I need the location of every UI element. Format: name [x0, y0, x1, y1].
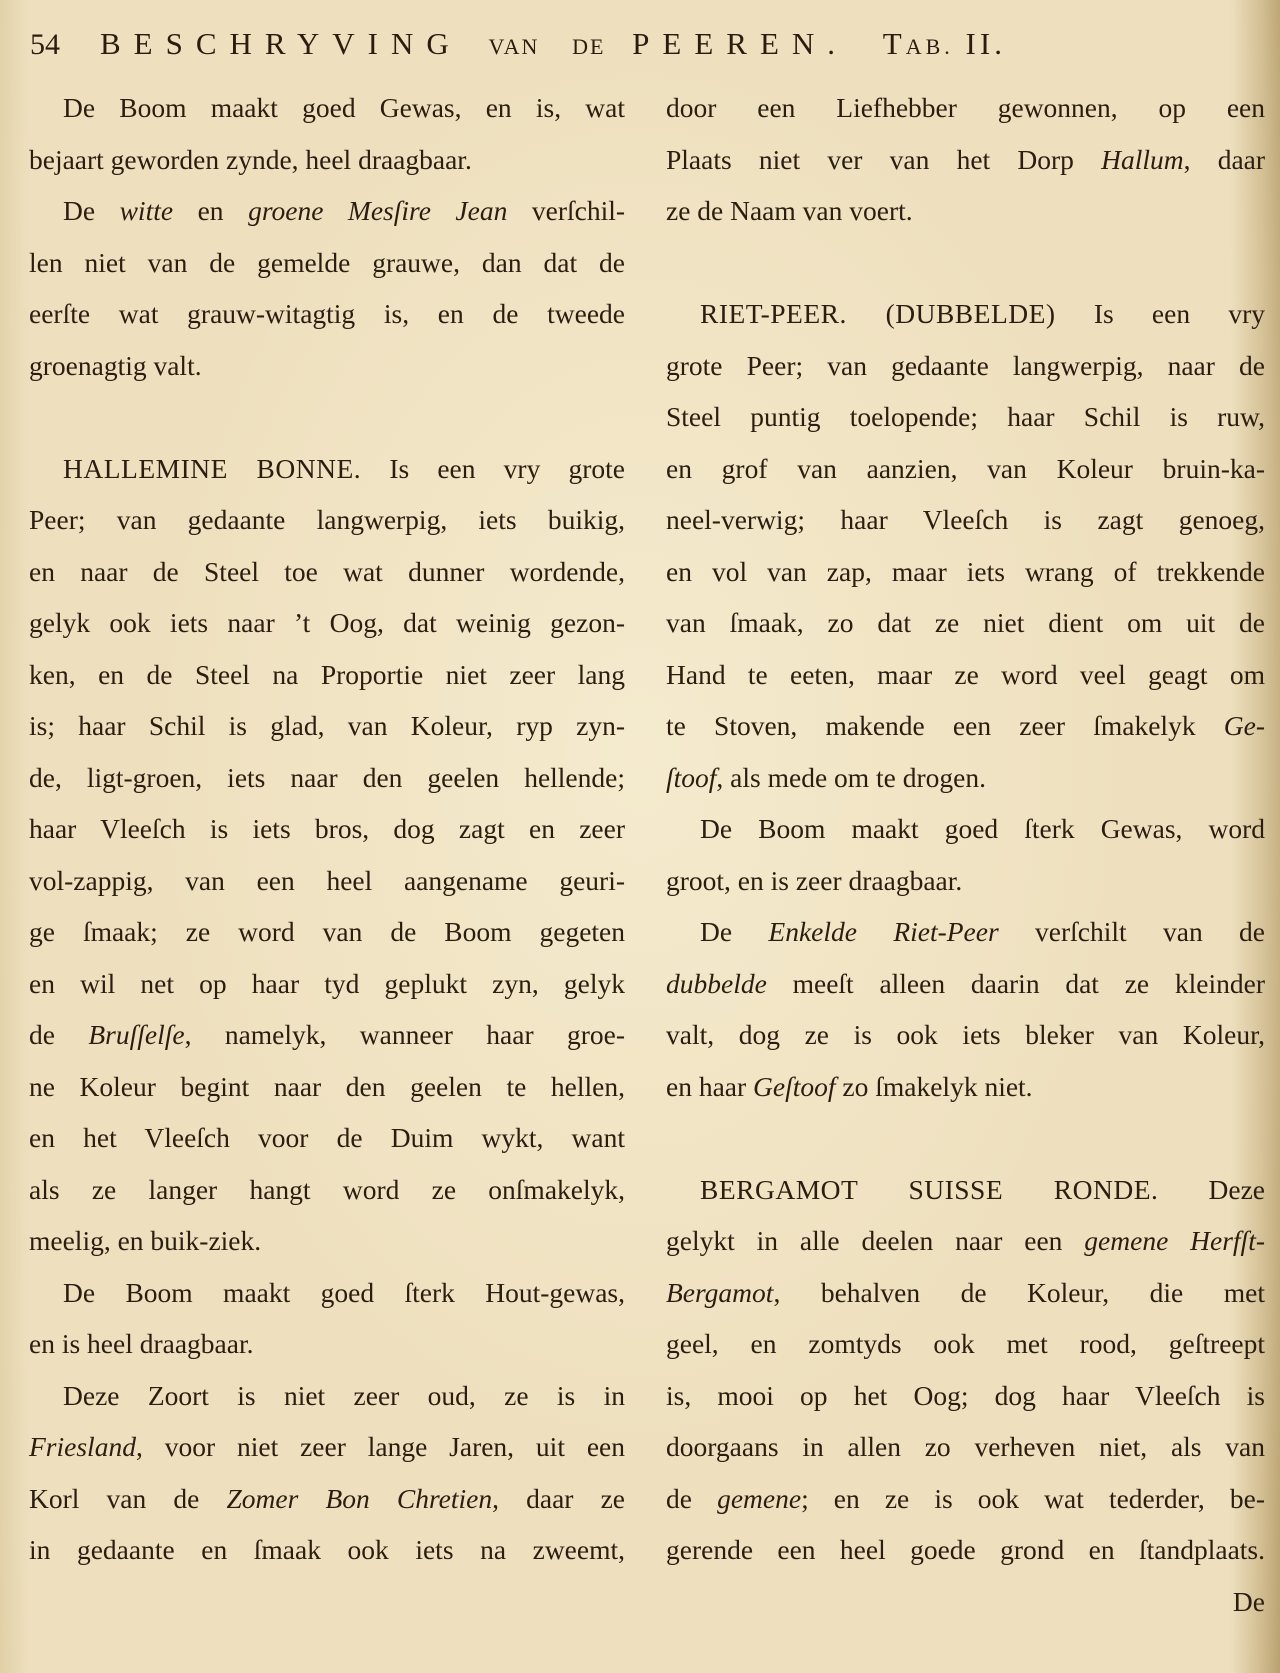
italic-term: Geſtoof — [753, 1071, 836, 1102]
text-line: bejaart geworden zynde, heel draagbaar. — [29, 134, 625, 186]
text-line: groot, en is zeer draagbaar. — [666, 855, 1265, 907]
text-line: Hand te eeten, maar ze word veel geagt o… — [666, 649, 1265, 701]
text-line: doorgaans in allen zo verheven niet, als… — [666, 1421, 1265, 1473]
text-line: geel, en zomtyds ook met rood, geſtreept — [666, 1318, 1265, 1370]
page-number: 54 — [30, 28, 60, 62]
text-line: in gedaante en ſmaak ook iets na zweemt, — [29, 1524, 625, 1576]
text-span: gelykt in alle deelen naar een — [666, 1225, 1062, 1256]
text-line: RIET-PEER. (DUBBELDE) Is een vry — [666, 288, 1265, 340]
text-line: gelykt in alle deelen naar een gemene He… — [666, 1215, 1265, 1267]
text-line: ſtoof, als mede om te drogen. — [666, 752, 1265, 804]
section-gap — [666, 1112, 1265, 1164]
title-tab-number: II. — [966, 26, 1006, 61]
paragraph-hallum-origin: door een Liefhebber gewonnen, op een Pla… — [666, 82, 1265, 237]
text-line: BERGAMOT SUISSE RONDE. Deze — [666, 1164, 1265, 1216]
italic-term: ſtoof — [666, 762, 716, 793]
text-line: gelyk ook iets naar ’t Oog, dat weinig g… — [29, 597, 625, 649]
text-line: ze de Naam van voert. — [666, 185, 1265, 237]
title-tab: TAB. II. — [883, 26, 1006, 61]
text-line: Plaats niet ver van het Dorp Hallum, daa… — [666, 134, 1265, 186]
italic-term: Hallum — [1101, 144, 1184, 175]
text-line: en het Vleeſch voor de Duim wykt, want — [29, 1112, 625, 1164]
text-line: ken, en de Steel na Proportie niet zeer … — [29, 649, 625, 701]
text-line: Deze Zoort is niet zeer oud, ze is in — [29, 1370, 625, 1422]
title-main: BESCHRYVING — [100, 26, 462, 61]
text-span: de — [29, 1019, 55, 1050]
text-line: De witte en groene Mesſire Jean verſchil… — [29, 185, 625, 237]
paragraph-hout-gewas: De Boom maakt goed ſterk Hout-gewas, en … — [29, 1267, 625, 1370]
title-van: VAN — [489, 34, 540, 59]
text-line: grote Peer; van gedaante langwerpig, naa… — [666, 340, 1265, 392]
text-line: eerſte wat grauw-witagtig is, en de twee… — [29, 288, 625, 340]
text-span: De — [700, 916, 732, 947]
text-line: Peer; van gedaante langwerpig, iets buik… — [29, 494, 625, 546]
text-line: De Boom maakt goed Gewas, en is, wat — [29, 82, 625, 134]
section-gap — [29, 391, 625, 443]
text-line: ge ſmaak; ze word van de Boom gegeten — [29, 906, 625, 958]
text-span: Deze — [1209, 1174, 1265, 1205]
entry-heading: BERGAMOT SUISSE RONDE. — [700, 1174, 1158, 1205]
text-span: en haar — [666, 1071, 746, 1102]
italic-term: dubbelde — [666, 968, 767, 999]
text-span: en — [198, 195, 224, 226]
italic-term: Bergamot — [666, 1277, 773, 1308]
text-span: verſchil- — [532, 195, 625, 226]
italic-term: groene Mesſire Jean — [248, 195, 507, 226]
text-span: ; en ze is ook wat tederder, be- — [801, 1483, 1265, 1514]
text-span: meeſt alleen daarin dat ze kleinder — [793, 968, 1265, 999]
section-gap — [666, 237, 1265, 289]
text-line: len niet van de gemelde grauwe, dan dat … — [29, 237, 625, 289]
italic-term: Enkelde Riet-Peer — [768, 916, 998, 947]
entry-bergamot-suisse-ronde: BERGAMOT SUISSE RONDE. Deze gelykt in al… — [666, 1164, 1265, 1576]
text-span: Korl van de — [29, 1483, 199, 1514]
text-line: ne Koleur begint naar den geelen te hell… — [29, 1061, 625, 1113]
entry-heading: RIET-PEER. (DUBBELDE) — [700, 298, 1056, 329]
text-line: Korl van de Zomer Bon Chretien, daar ze — [29, 1473, 625, 1525]
entry-heading: HALLEMINE BONNE. — [63, 453, 361, 484]
text-line: de gemene; en ze is ook wat tederder, be… — [666, 1473, 1265, 1525]
italic-term: Ge- — [1224, 710, 1265, 741]
text-line: HALLEMINE BONNE. Is een vry grote — [29, 443, 625, 495]
entry-riet-peer: RIET-PEER. (DUBBELDE) Is een vry grote P… — [666, 288, 1265, 803]
text-line: de, ligt-groen, iets naar den geelen hel… — [29, 752, 625, 804]
text-line: is; haar Schil is glad, van Koleur, ryp … — [29, 700, 625, 752]
text-line: Steel puntig toelopende; haar Schil is r… — [666, 391, 1265, 443]
italic-term: witte — [120, 195, 173, 226]
text-line: en is heel draagbaar. — [29, 1318, 625, 1370]
italic-term: Zomer Bon Chretien — [227, 1483, 493, 1514]
text-line: en haar Geſtoof zo ſmakelyk niet. — [666, 1061, 1265, 1113]
paragraph-mesfire-jean: De witte en groene Mesſire Jean verſchil… — [29, 185, 625, 391]
text-span: zo ſmakelyk niet. — [842, 1071, 1032, 1102]
text-line: vol-zappig, van een heel aangename geuri… — [29, 855, 625, 907]
text-line: en wil net op haar tyd geplukt zyn, gely… — [29, 958, 625, 1010]
title-peeren: PEEREN. — [632, 26, 848, 61]
text-line: door een Liefhebber gewonnen, op een — [666, 82, 1265, 134]
text-line: gerende een heel goede grond en ſtandpla… — [666, 1524, 1265, 1576]
paragraph-zoort-origin: Deze Zoort is niet zeer oud, ze is in Fr… — [29, 1370, 625, 1576]
title-tab-rest: AB. — [906, 34, 954, 59]
entry-hallemine-bonne: HALLEMINE BONNE. Is een vry grote Peer; … — [29, 443, 625, 1267]
text-line: meelig, en buik-ziek. — [29, 1215, 625, 1267]
text-line: te Stoven, makende een zeer ſmakelyk Ge- — [666, 700, 1265, 752]
paragraph-riet-boom: De Boom maakt goed ſterk Gewas, word gro… — [666, 803, 1265, 906]
text-line: haar Vleeſch is iets bros, dog zagt en z… — [29, 803, 625, 855]
title-de: DE — [572, 34, 605, 59]
book-page: 54 BESCHRYVING VAN DE PEEREN. TAB. II. D… — [0, 0, 1280, 1673]
text-line: valt, dog ze is ook iets bleker van Kole… — [666, 1009, 1265, 1061]
text-span: Plaats niet ver van het Dorp — [666, 144, 1074, 175]
text-span: , als mede om te drogen. — [716, 762, 986, 793]
text-span: verſchilt van de — [1035, 916, 1265, 947]
text-span: te Stoven, makende een zeer ſmakelyk — [666, 710, 1196, 741]
text-span: , behalven de Koleur, die met — [773, 1277, 1265, 1308]
text-span: Is een vry grote — [389, 453, 625, 484]
text-line: dubbelde meeſt alleen daarin dat ze klei… — [666, 958, 1265, 1010]
text-span: , namelyk, wanneer haar groe- — [185, 1019, 625, 1050]
text-line: De Enkelde Riet-Peer verſchilt van de — [666, 906, 1265, 958]
italic-term: Bruſſelſe — [88, 1019, 184, 1050]
text-line: is, mooi op het Oog; dog haar Vleeſch is — [666, 1370, 1265, 1422]
left-column: De Boom maakt goed Gewas, en is, wat bej… — [29, 82, 625, 1576]
text-span: Is een vry — [1094, 298, 1265, 329]
paragraph-enkelde-riet-peer: De Enkelde Riet-Peer verſchilt van de du… — [666, 906, 1265, 1112]
title-tab-initial: T — [883, 26, 906, 61]
italic-term: gemene Herfſt- — [1084, 1225, 1265, 1256]
text-line: De Boom maakt goed ſterk Hout-gewas, — [29, 1267, 625, 1319]
text-span: De — [63, 195, 95, 226]
text-line: De Boom maakt goed ſterk Gewas, word — [666, 803, 1265, 855]
running-header: 54 BESCHRYVING VAN DE PEEREN. TAB. II. — [30, 26, 1230, 76]
running-title: BESCHRYVING VAN DE PEEREN. TAB. II. — [100, 26, 1006, 62]
text-span: , voor niet zeer lange Jaren, uit een — [136, 1431, 625, 1462]
text-line: van ſmaak, zo dat ze niet dient om uit d… — [666, 597, 1265, 649]
right-column: door een Liefhebber gewonnen, op een Pla… — [666, 82, 1265, 1627]
text-line: en vol van zap, maar iets wrang of trekk… — [666, 546, 1265, 598]
text-line: en grof van aanzien, van Koleur bruin-ka… — [666, 443, 1265, 495]
text-line: en naar de Steel toe wat dunner wordende… — [29, 546, 625, 598]
paragraph-boom-gewas: De Boom maakt goed Gewas, en is, wat bej… — [29, 82, 625, 185]
text-line: als ze langer hangt word ze onſmakelyk, — [29, 1164, 625, 1216]
text-line: de Bruſſelſe, namelyk, wanneer haar groe… — [29, 1009, 625, 1061]
text-line: neel-verwig; haar Vleeſch is zagt genoeg… — [666, 494, 1265, 546]
text-line: Bergamot, behalven de Koleur, die met — [666, 1267, 1265, 1319]
text-line: Friesland, voor niet zeer lange Jaren, u… — [29, 1421, 625, 1473]
text-span: , daar — [1184, 144, 1265, 175]
text-span: de — [666, 1483, 692, 1514]
italic-term: Friesland — [29, 1431, 136, 1462]
catchword: De — [666, 1576, 1265, 1628]
text-span: , daar ze — [492, 1483, 625, 1514]
italic-term: gemene — [717, 1483, 801, 1514]
text-line: groenagtig valt. — [29, 340, 625, 392]
